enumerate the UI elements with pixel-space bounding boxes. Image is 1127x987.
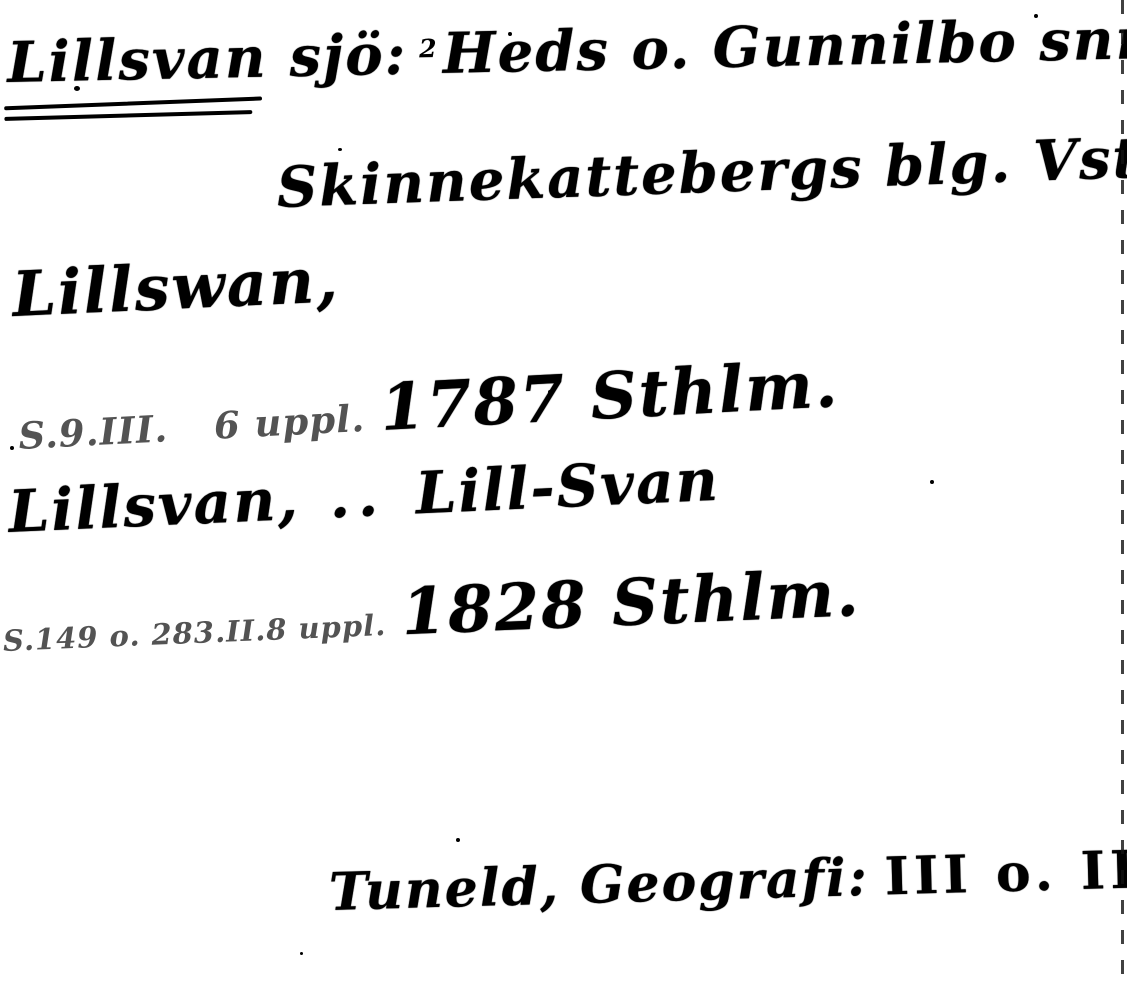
- page-reference-1: S.9.III.: [17, 406, 169, 458]
- reference-line-2: S.149 o. 283.II.8 uppl. 1828 Sthlm.: [1, 556, 862, 667]
- ink-speck: [456, 838, 460, 842]
- variant-line-1: Lillswan,: [11, 243, 341, 331]
- ink-speck: [548, 390, 552, 394]
- variant-2-alt: Lill-Svan: [414, 446, 721, 528]
- headword-line: Lillsvan sjö: 2 Heds o. Gunnilbo snr.: [7, 6, 1127, 100]
- district-text: Skinnekattebergs blg. Vst.: [276, 124, 1127, 221]
- headword-underlined: Lillsvan: [7, 25, 269, 100]
- variant-2-name: Lillsvan,: [7, 465, 301, 546]
- category-label: sjö:: [289, 22, 408, 90]
- ink-speck: [930, 480, 934, 484]
- ink-speck: [10, 446, 14, 450]
- scan-edge-line: [1121, 0, 1124, 987]
- page-reference-2: S.149 o. 283.II.8 uppl.: [2, 608, 387, 658]
- ink-speck: [508, 32, 512, 36]
- variant-1-text: Lillswan,: [11, 243, 341, 331]
- publication-1: 1787 Sthlm.: [379, 347, 841, 446]
- source-name: Tuneld, Geografi:: [328, 847, 869, 923]
- ink-speck: [300, 952, 303, 955]
- ink-speck: [1034, 14, 1038, 18]
- district-line: Skinnekattebergs blg. Vst.: [276, 124, 1127, 221]
- source-citation-line: Tuneld, Geografi: III o. II.: [328, 839, 1127, 923]
- ink-speck: [74, 86, 80, 91]
- parish-names: Heds o. Gunnilbo snr.: [442, 6, 1127, 87]
- separator-dots: ..: [328, 461, 387, 531]
- publication-2: 1828 Sthlm.: [400, 556, 862, 650]
- edition-note-1: 6 uppl.: [213, 396, 366, 448]
- source-volumes: III o. II.: [884, 839, 1127, 908]
- insertion-mark: 2: [419, 33, 439, 63]
- variant-line-2: Lillsvan, .. Lill-Svan: [7, 446, 721, 546]
- scanned-index-card: Lillsvan sjö: 2 Heds o. Gunnilbo snr. Sk…: [0, 0, 1127, 987]
- ink-speck: [338, 148, 342, 151]
